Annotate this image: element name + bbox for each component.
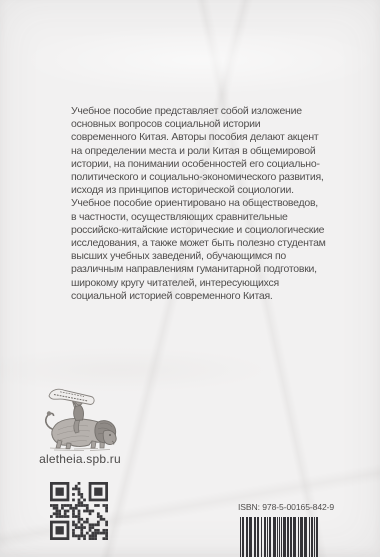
publisher-website: aletheia.spb.ru [20,452,140,466]
annotation-line: российско-китайские исторические и социо… [71,224,326,237]
barcode-icon [240,517,322,557]
publisher-block: aletheia.spb.ru [20,386,140,466]
isbn-label: ISBN: 978-5-00165-842-9 [238,502,333,512]
annotation-line: социальной историей современного Китая. [71,290,326,303]
annotation-line: Учебное пособие представляет собой излож… [71,105,326,118]
annotation-line: высших учебных заведений, обучающимся по [71,250,326,263]
annotation-line: в частности, осуществляющих сравнительны… [71,211,326,224]
annotation-line: различным направлениям гуманитарной подг… [71,263,326,276]
qr-code-icon [50,482,108,540]
annotation-line: исследования, а также может быть полезно… [71,237,326,250]
annotation-text: Учебное пособие представляет собой излож… [71,105,326,303]
lion-rider-logo-icon [40,386,120,452]
book-back-cover: { "cover": { "background_color": "#f2f1f… [0,0,380,557]
annotation-line: политического и социально-экономического… [71,171,326,184]
annotation-line: широкому кругу читателей, интересующихся [71,277,326,290]
annotation-line: современного Китая. Авторы пособия делаю… [71,131,326,144]
annotation-line: на определении места и роли Китая в обще… [71,145,326,158]
annotation-line: основных вопросов социальной истории [71,118,326,131]
annotation-line: Учебное пособие ориентировано на обществ… [71,197,326,210]
annotation-line: исходя из принципов исторической социоло… [71,184,326,197]
annotation-line: истории, на понимании особенностей его с… [71,158,326,171]
